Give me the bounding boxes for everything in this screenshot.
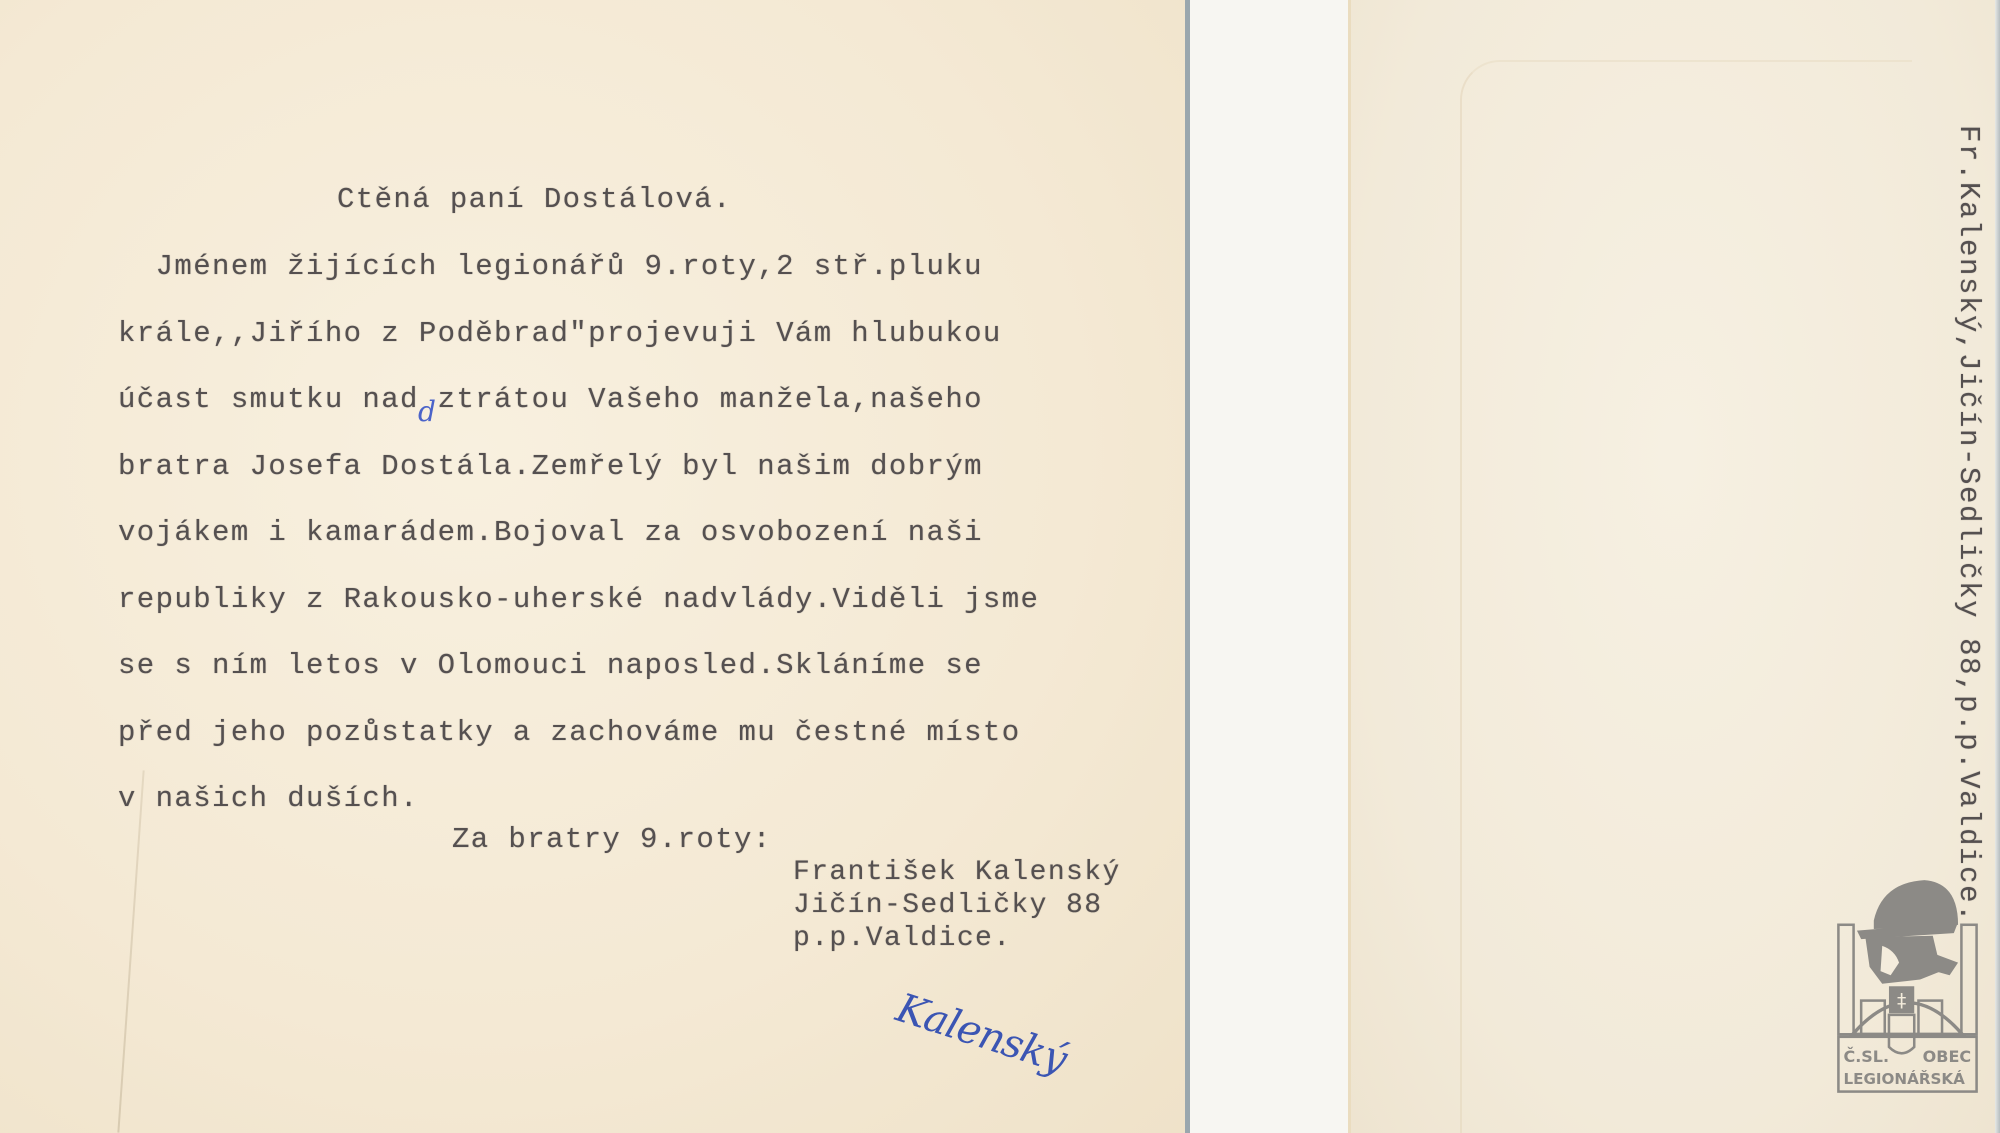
letter-body-line: bratra Josefa Dostála.Zemřelý byl našim … [118, 450, 983, 483]
letter-body-line: se s ním letos v Olomouci naposled.Sklán… [118, 649, 983, 682]
letter-body-line: krále,,Jiřího z Poděbrad"projevuji Vám h… [118, 317, 1002, 350]
svg-text:OBEC: OBEC [1923, 1047, 1971, 1066]
envelope-edge [1995, 0, 2000, 1133]
white-background-strip [1190, 0, 1348, 1133]
sender-address: Jičín-Sedličky 88 [793, 890, 1102, 922]
letter-body-line: republiky z Rakousko-uherské nadvlády.Vi… [118, 583, 1039, 616]
letter-salutation: Ctěná paní Dostálová. [337, 183, 732, 216]
letter-sheet [0, 0, 1185, 1133]
letter-body-line: v našich duších. [118, 782, 419, 815]
letter-body-line: před jeho pozůstatky a zachováme mu čest… [118, 716, 1021, 749]
sender-post-office: p.p.Valdice. [793, 923, 1011, 955]
letter-body-line: Jménem žijících legionářů 9.roty,2 stř.p… [118, 250, 983, 283]
letter-closing: Za bratry 9.roty: [452, 823, 772, 856]
sender-name: František Kalenský [793, 857, 1121, 889]
svg-text:Č.SL.: Č.SL. [1843, 1047, 1889, 1066]
legion-emblem-watermark: ‡ Č.SL. OBEC LEGIONÁŘSKÁ [1830, 870, 1985, 1100]
soldier-emblem-icon: ‡ Č.SL. OBEC LEGIONÁŘSKÁ [1830, 870, 1985, 1100]
svg-text:LEGIONÁŘSKÁ: LEGIONÁŘSKÁ [1843, 1069, 1965, 1088]
envelope-sender-address: Fr.Kalenský,Jičín-Sedličky 88,p.p.Valdic… [1952, 125, 1985, 923]
letter-body-line: účast smutku nad ztrátou Vašeho manžela,… [118, 383, 983, 416]
svg-text:‡: ‡ [1897, 990, 1906, 1011]
handwritten-correction: d [418, 395, 436, 428]
letter-body-line: vojákem i kamarádem.Bojoval za osvobozen… [118, 516, 983, 549]
paper-crease [117, 770, 144, 1132]
